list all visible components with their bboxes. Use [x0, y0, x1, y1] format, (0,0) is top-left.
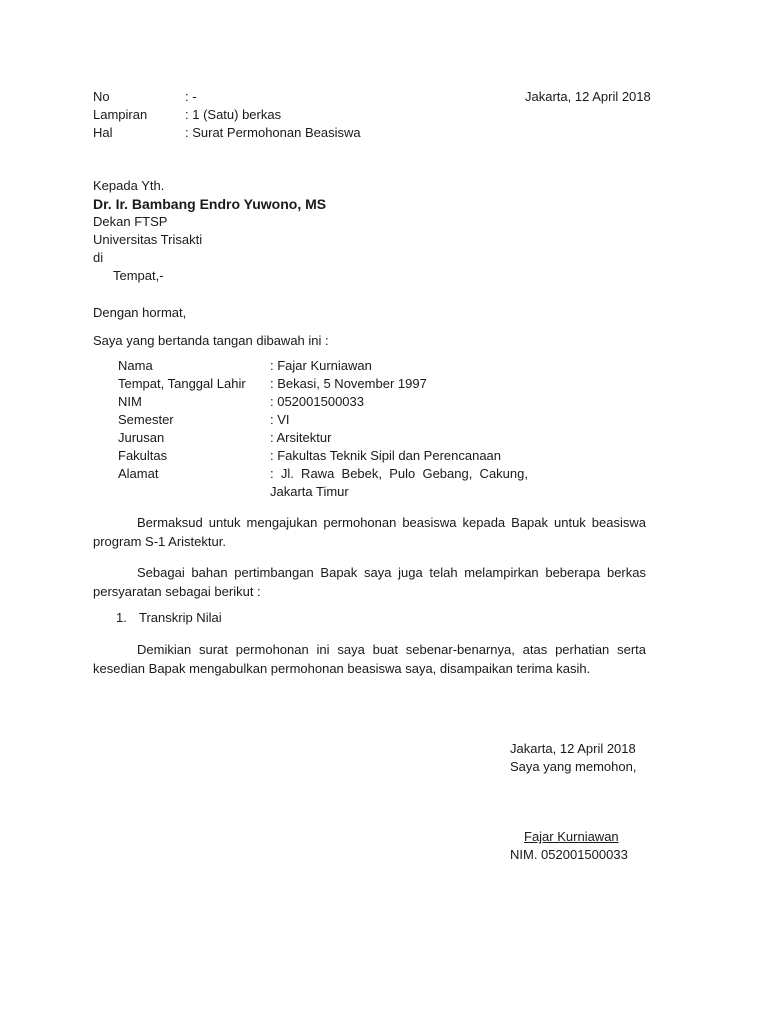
field-value-ttl: : Bekasi, 5 November 1997 — [270, 375, 427, 393]
paragraph-attachments-text: Sebagai bahan pertimbangan Bapak saya ju… — [93, 565, 646, 599]
paragraph-attachments: Sebagai bahan pertimbangan Bapak saya ju… — [93, 564, 646, 601]
recipient-institution: Universitas Trisakti — [93, 231, 202, 249]
recipient-salutation: Kepada Yth. — [93, 177, 164, 195]
signature-place-date: Jakarta, 12 April 2018 — [510, 740, 636, 758]
recipient-di: di — [93, 249, 103, 267]
signature-nim: NIM. 052001500033 — [510, 846, 628, 864]
paragraph-closing: Demikian surat permohonan ini saya buat … — [93, 641, 646, 678]
field-value-alamat-cont: Jakarta Timur — [270, 483, 349, 501]
paragraph-purpose-text: Bermaksud untuk mengajukan permohonan be… — [93, 515, 646, 549]
field-label-jurusan: Jurusan — [118, 429, 164, 447]
field-label-ttl: Tempat, Tanggal Lahir — [118, 375, 246, 393]
intro-line: Saya yang bertanda tangan dibawah ini : — [93, 332, 329, 350]
field-value-jurusan: : Arsitektur — [270, 429, 331, 447]
field-value-semester: : VI — [270, 411, 290, 429]
recipient-name: Dr. Ir. Bambang Endro Yuwono, MS — [93, 195, 326, 213]
recipient-position: Dekan FTSP — [93, 213, 167, 231]
paragraph-closing-text: Demikian surat permohonan ini saya buat … — [93, 642, 646, 676]
header-label-lampiran: Lampiran — [93, 106, 147, 124]
greeting: Dengan hormat, — [93, 304, 186, 322]
field-label-nama: Nama — [118, 357, 153, 375]
field-label-semester: Semester — [118, 411, 174, 429]
header-place-date: Jakarta, 12 April 2018 — [525, 88, 651, 106]
list-item-text: Transkrip Nilai — [139, 609, 222, 627]
field-label-nim: NIM — [118, 393, 142, 411]
field-value-nama: : Fajar Kurniawan — [270, 357, 372, 375]
field-value-nim: : 052001500033 — [270, 393, 364, 411]
signature-closing: Saya yang memohon, — [510, 758, 636, 776]
header-value-hal: : Surat Permohonan Beasiswa — [185, 124, 361, 142]
field-label-fakultas: Fakultas — [118, 447, 167, 465]
header-label-hal: Hal — [93, 124, 113, 142]
paragraph-purpose: Bermaksud untuk mengajukan permohonan be… — [93, 514, 646, 551]
list-item-number: 1. — [116, 609, 127, 627]
field-value-fakultas: : Fakultas Teknik Sipil dan Perencanaan — [270, 447, 501, 465]
signature-name: Fajar Kurniawan — [524, 828, 619, 846]
header-label-no: No — [93, 88, 110, 106]
header-value-no: : - — [185, 88, 197, 106]
field-value-alamat: : Jl. Rawa Bebek, Pulo Gebang, Cakung, — [270, 465, 528, 483]
field-label-alamat: Alamat — [118, 465, 158, 483]
header-value-lampiran: : 1 (Satu) berkas — [185, 106, 281, 124]
recipient-place: Tempat,- — [113, 267, 164, 285]
